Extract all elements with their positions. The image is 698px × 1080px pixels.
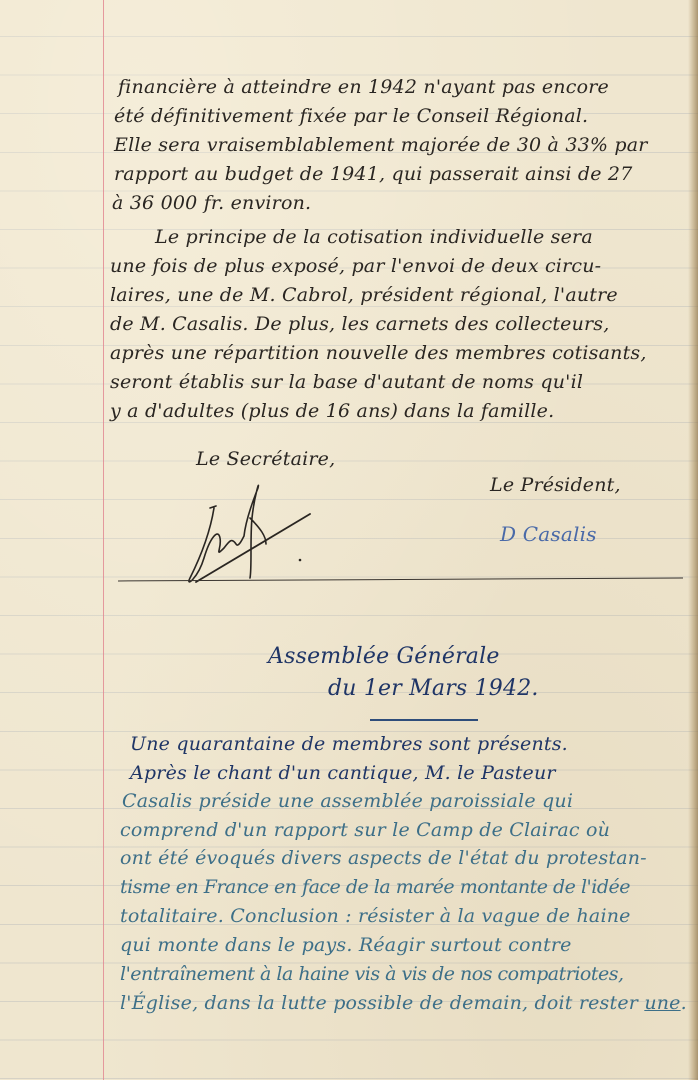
- secretary-signature-icon: [180, 478, 320, 588]
- text-line: tisme en France en face de la marée mont…: [120, 876, 630, 898]
- text-line: une fois de plus exposé, par l'envoi de …: [110, 255, 601, 277]
- text-line: Casalis préside une assemblée paroissial…: [122, 790, 573, 812]
- final-punctuation: .: [681, 992, 687, 1014]
- secretary-label: Le Secrétaire,: [196, 448, 335, 470]
- text-line: Après le chant d'un cantique, M. le Past…: [130, 762, 556, 784]
- ledger-page: financière à atteindre en 1942 n'ayant p…: [0, 0, 698, 1080]
- heading-underline: [370, 719, 478, 721]
- emphasized-word: une: [644, 992, 680, 1014]
- text-line: après une répartition nouvelle des membr…: [110, 342, 647, 364]
- president-signature: D Casalis: [500, 522, 597, 546]
- meeting-title: Assemblée Générale: [268, 644, 500, 669]
- text-line-final: l'Église, dans la lutte possible de dema…: [120, 992, 687, 1014]
- page-edge-shadow: [688, 0, 698, 1080]
- text-line: seront établis sur la base d'autant de n…: [110, 371, 583, 393]
- text-line: comprend d'un rapport sur le Camp de Cla…: [120, 819, 610, 841]
- text-line: ont été évoqués divers aspects de l'état…: [120, 847, 647, 869]
- text-line: financière à atteindre en 1942 n'ayant p…: [118, 76, 609, 98]
- president-label: Le Président,: [490, 474, 621, 496]
- text-line: Elle sera vraisemblablement majorée de 3…: [114, 134, 648, 156]
- text-line: laires, une de M. Cabrol, président régi…: [110, 284, 618, 306]
- text-line: qui monte dans le pays. Réagir surtout c…: [120, 934, 572, 956]
- text-line: Le principe de la cotisation individuell…: [155, 226, 593, 248]
- meeting-date: du 1er Mars 1942.: [328, 676, 539, 701]
- text-line: rapport au budget de 1941, qui passerait…: [114, 163, 633, 185]
- text-line: à 36 000 fr. environ.: [112, 192, 311, 214]
- text-line: de M. Casalis. De plus, les carnets des …: [110, 313, 610, 335]
- text-line: été définitivement fixée par le Conseil …: [114, 105, 588, 127]
- text-line: totalitaire. Conclusion : résister à la …: [120, 905, 631, 927]
- red-margin-line: [103, 0, 104, 1080]
- text-line: y a d'adultes (plus de 16 ans) dans la f…: [110, 400, 554, 422]
- final-line-text: l'Église, dans la lutte possible de dema…: [120, 992, 644, 1014]
- text-line: Une quarantaine de membres sont présents…: [130, 733, 568, 755]
- text-line: l'entraînement à la haine vis à vis de n…: [120, 963, 624, 985]
